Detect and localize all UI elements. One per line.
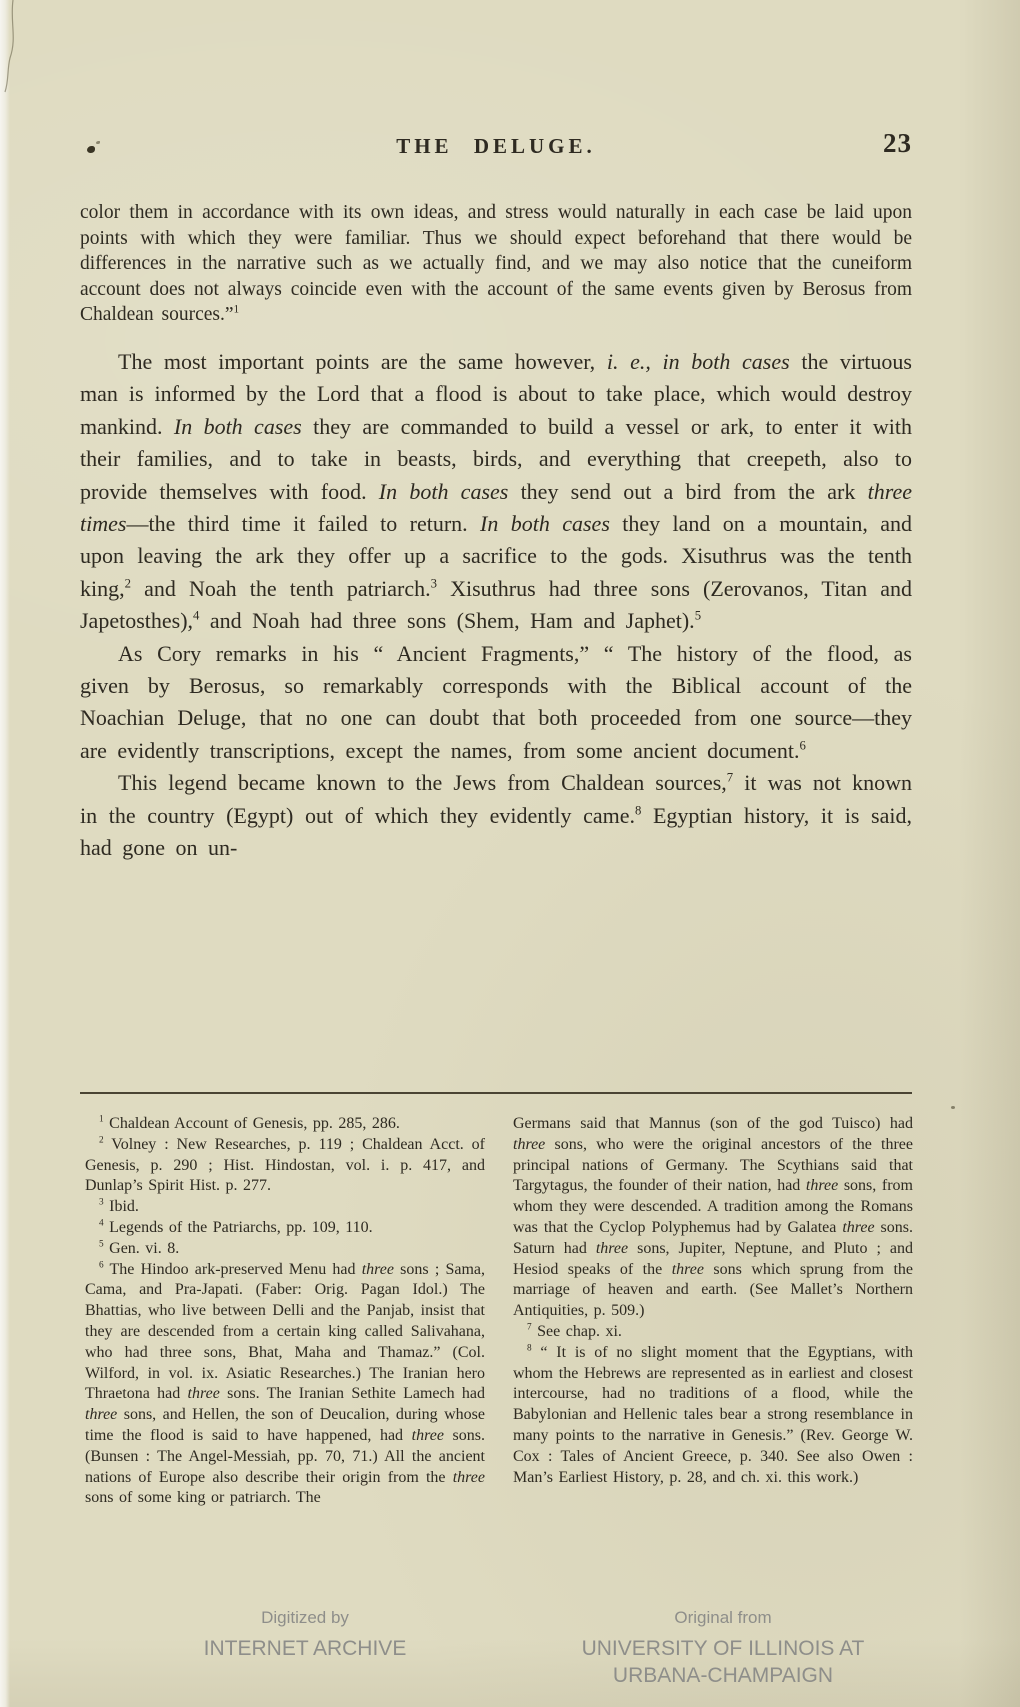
body-text: color them in accordance with its own id… [80, 200, 912, 864]
page-number: 23 [883, 128, 912, 159]
footnote-column-left: 1 Chaldean Account of Genesis, pp. 285, … [85, 1114, 485, 1509]
paragraph: As Cory remarks in his “ Ancient Fragmen… [80, 638, 912, 768]
running-title: THE DELUGE. [80, 134, 912, 159]
digitized-by-stamp: Digitized by INTERNET ARCHIVE [155, 1608, 455, 1662]
footnote-column-right: Germans said that Mannus (son of the god… [513, 1114, 913, 1509]
footnote-7: 7 See chap. xi. [513, 1322, 913, 1343]
stamp-line: UNIVERSITY OF ILLINOIS AT [543, 1635, 903, 1662]
stamp-line: INTERNET ARCHIVE [155, 1635, 455, 1662]
stamp-line: Original from [543, 1608, 903, 1628]
stamp-line: Digitized by [155, 1608, 455, 1628]
footnote-6: 6 The Hindoo ark-preserved Menu had thre… [85, 1260, 485, 1510]
footnote-2: 2 Volney : New Researches, p. 119 ; Chal… [85, 1135, 485, 1197]
footnote-3: 3 Ibid. [85, 1197, 485, 1218]
footnote-6-continuation: Germans said that Mannus (son of the god… [513, 1114, 913, 1322]
footnote-4: 4 Legends of the Patriarchs, pp. 109, 11… [85, 1218, 485, 1239]
stamp-line: URBANA-CHAMPAIGN [543, 1662, 903, 1689]
original-from-stamp: Original from UNIVERSITY OF ILLINOIS AT … [543, 1608, 903, 1689]
footnote-1: 1 Chaldean Account of Genesis, pp. 285, … [85, 1114, 485, 1135]
footnote-5: 5 Gen. vi. 8. [85, 1239, 485, 1260]
footnote-8: 8 “ It is of no slight moment that the E… [513, 1343, 913, 1489]
page-header: THE DELUGE. 23 [80, 134, 912, 168]
footnotes-section: 1 Chaldean Account of Genesis, pp. 285, … [85, 1114, 913, 1509]
ink-speck [951, 1106, 955, 1109]
scanned-book-page: THE DELUGE. 23 color them in accordance … [0, 0, 1020, 1707]
paper-crack [0, 0, 30, 100]
paragraph: This legend became known to the Jews fro… [80, 767, 912, 864]
footnote-divider-rule [80, 1092, 912, 1094]
scan-left-edge [0, 0, 10, 1707]
paragraph-continuation: color them in accordance with its own id… [80, 200, 912, 328]
paragraph: The most important points are the same h… [80, 346, 912, 638]
